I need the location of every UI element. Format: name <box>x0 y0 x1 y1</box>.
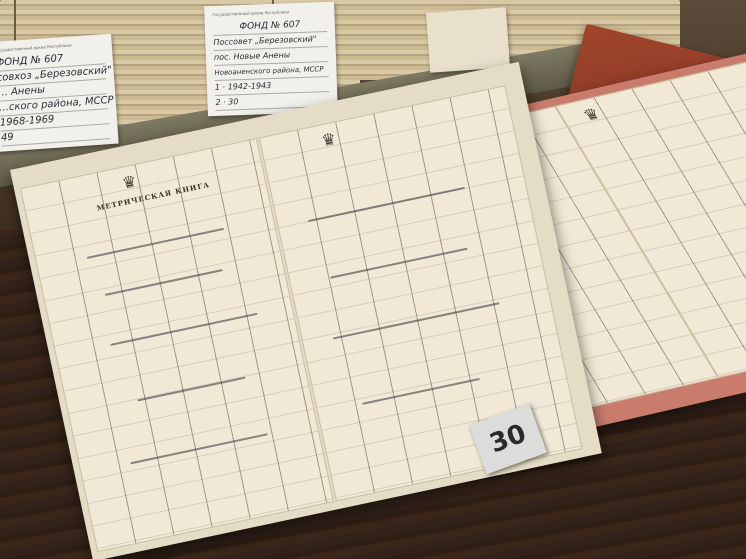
archive-photo: Государственный архив Республики ФОНД № … <box>0 0 746 559</box>
archive-tag-blank <box>426 7 510 72</box>
archive-tag-fond-607-a: Государственный архив Республики ФОНД № … <box>0 34 119 152</box>
archive-tag-fond-607-b: Государственный архив Республики ФОНД № … <box>204 2 338 116</box>
